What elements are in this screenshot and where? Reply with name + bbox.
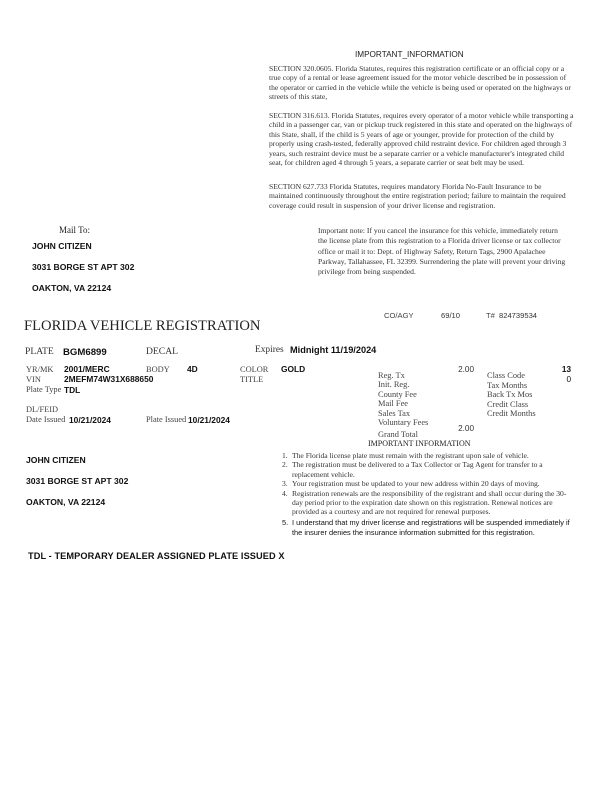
yrmk-label: YR/MK: [26, 365, 53, 374]
owner-city: OAKTON, VA 22124: [26, 497, 105, 507]
plate-number: BGM6899: [63, 347, 107, 358]
code-row: Tax Months0: [487, 375, 573, 385]
body-label: BODY: [146, 365, 170, 374]
fee-row: Mail Fee: [378, 393, 478, 402]
code-row: Class Code13: [487, 365, 573, 375]
info-list-item: 4.Registration renewals are the responsi…: [282, 489, 572, 517]
section-316-paragraph: SECTION 316.613. Florida Statutes, requi…: [269, 111, 574, 167]
info-item-number: 4.: [282, 489, 288, 498]
expires-label: Expires: [255, 345, 284, 355]
section-320-paragraph: SECTION 320.0605. Florida Statutes, requ…: [269, 64, 574, 102]
code-value: 0: [566, 375, 571, 384]
title-label: TITLE: [240, 375, 263, 384]
info-item-number: 5.: [282, 518, 288, 528]
fee-row: Sales Tax: [378, 403, 478, 412]
co-agy-label: CO/AGY: [384, 311, 414, 320]
fee-row: Voluntary Fees: [378, 412, 478, 423]
plate-label: PLATE: [25, 346, 54, 357]
plate-issued-value: 10/21/2024: [188, 415, 230, 425]
mail-to-city: OAKTON, VA 22124: [32, 283, 111, 293]
date-issued-value: 10/21/2024: [69, 415, 111, 425]
document-title: FLORIDA VEHICLE REGISTRATION: [24, 318, 260, 335]
fee-row: Grand Total2.00: [378, 424, 478, 433]
info-item-text: The Florida license plate must remain wi…: [292, 451, 529, 460]
decal-label: DECAL: [146, 346, 178, 357]
mail-to-name: JOHN CITIZEN: [32, 241, 92, 251]
fee-row: Init. Reg.: [378, 374, 478, 383]
mail-to-street: 3031 BORGE ST APT 302: [32, 262, 134, 272]
code-row: Back Tx Mos: [487, 384, 573, 394]
dlfeid-label: DL/FEID: [26, 405, 58, 414]
plate-type-value: TDL: [64, 385, 80, 395]
body-value: 4D: [187, 364, 198, 374]
mail-to-label: Mail To:: [59, 225, 90, 235]
yrmk-value: 2001/MERC: [64, 364, 110, 374]
owner-street: 3031 BORGE ST APT 302: [26, 476, 128, 486]
vin-label: VIN: [26, 375, 41, 384]
info-list-item: 1.The Florida license plate must remain …: [282, 451, 572, 460]
transaction-number-label: T#: [486, 311, 495, 320]
codes-table: Class Code13Tax Months0Back Tx MosCredit…: [487, 365, 573, 413]
color-value: GOLD: [281, 364, 305, 374]
plate-issued-label: Plate Issued: [146, 415, 186, 424]
info-item-number: 2.: [282, 460, 288, 469]
code-label: Credit Months: [487, 409, 536, 418]
date-issued-label: Date Issued: [26, 415, 65, 424]
fee-label: Grand Total: [378, 430, 418, 439]
info-item-text: Your registration must be updated to you…: [292, 479, 540, 488]
info-list-item: 2.The registration must be delivered to …: [282, 460, 572, 479]
info-item-text: The registration must be delivered to a …: [292, 460, 543, 478]
fee-value: 2.00: [458, 424, 474, 433]
top-info-heading: IMPORTANT_INFORMATION: [355, 50, 464, 59]
insurance-cancel-note: Important note: If you cancel the insura…: [318, 226, 568, 277]
vin-value: 2MEFM74W31X688650: [64, 374, 153, 384]
important-info-list: 1.The Florida license plate must remain …: [282, 451, 572, 538]
info-item-number: 1.: [282, 451, 288, 460]
info-list-item: 3.Your registration must be updated to y…: [282, 479, 572, 488]
code-row: Credit Months: [487, 403, 573, 413]
transaction-number-value: 824739534: [499, 311, 537, 320]
fees-table: Reg. Tx2.00Init. Reg.County FeeMail FeeS…: [378, 365, 478, 433]
info-list-item: 5.I understand that my driver license an…: [282, 518, 572, 538]
info-item-text: Registration renewals are the responsibi…: [292, 489, 566, 517]
expires-value: Midnight 11/19/2024: [290, 345, 376, 355]
fee-value: 2.00: [458, 365, 474, 374]
owner-name: JOHN CITIZEN: [26, 455, 86, 465]
temporary-plate-note: TDL - TEMPORARY DEALER ASSIGNED PLATE IS…: [28, 551, 285, 561]
fee-row: Reg. Tx2.00: [378, 365, 478, 374]
section-627-paragraph: SECTION 627.733 Florida Statutes, requir…: [269, 182, 574, 210]
fee-row: County Fee: [378, 384, 478, 393]
code-value: 13: [562, 365, 571, 374]
plate-type-label: Plate Type: [26, 385, 61, 394]
info-item-text: I understand that my driver license and …: [292, 518, 570, 537]
code-row: Credit Class: [487, 394, 573, 404]
info-item-number: 3.: [282, 479, 288, 488]
co-agy-value: 69/10: [441, 311, 460, 320]
bottom-info-heading: IMPORTANT INFORMATION: [368, 439, 471, 448]
color-label: COLOR: [240, 365, 268, 374]
